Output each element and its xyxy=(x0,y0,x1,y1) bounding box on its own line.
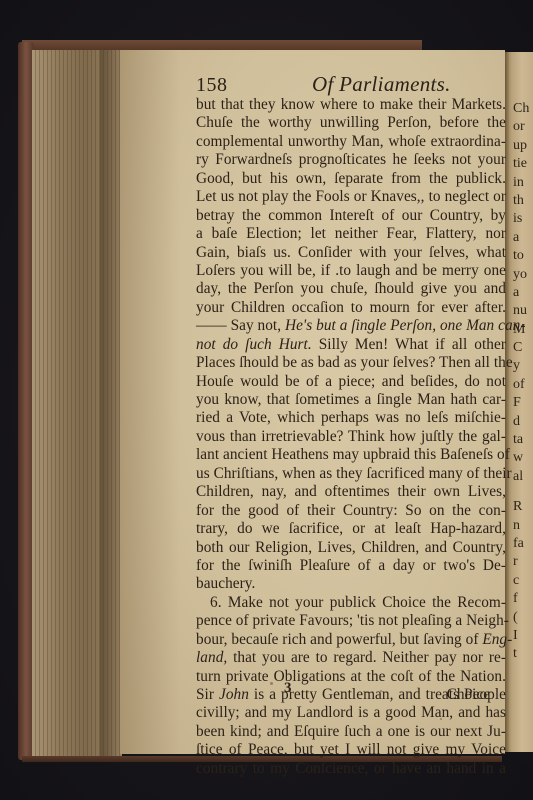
text-line: Houſe would be of a piece; and beſides, … xyxy=(196,373,506,391)
text-line: complemental unworthy Man, whoſe extraor… xyxy=(196,133,506,151)
line-text: complemental unworthy Man, whoſe extraor… xyxy=(196,133,506,150)
line-text: contrary to my Conſcience, or have an ha… xyxy=(196,760,506,777)
adjacent-fragment: d xyxy=(513,413,529,431)
adjacent-fragment: yo xyxy=(513,266,529,284)
catchword: Choice xyxy=(196,686,490,704)
line-text: Gain, biaſs us. Conſider with your ſelve… xyxy=(196,244,506,261)
line-text: both our Religion, Lives, Children, and … xyxy=(196,539,506,556)
text-line: pence of private Favours; 'tis not pleaſ… xyxy=(196,612,506,630)
text-line: civilly; and my Landlord is a good Man, … xyxy=(196,704,506,722)
text-line: but that they know where to make their M… xyxy=(196,96,506,114)
line-text: Houſe would be of a piece; and beſides, … xyxy=(196,373,506,390)
line-text: Loſers you will be, if .to laugh and be … xyxy=(196,262,506,279)
italic-text: land, xyxy=(196,649,227,666)
line-text: ry Forwardneſs prognoſticates he ſeeks n… xyxy=(196,151,506,168)
line-text: 6. Make not your publick Choice the Reco… xyxy=(210,594,506,611)
text-line: bauchery. xyxy=(196,575,506,593)
line-text: Places ſhould be as bad as your ſelves? … xyxy=(196,354,513,371)
line-text: trary, do we ſacrifice, or at leaſt Hap-… xyxy=(196,520,506,537)
running-head: 158 Of Parliaments. xyxy=(196,66,506,96)
line-text: civilly; and my Landlord is a good Man, … xyxy=(196,704,506,721)
adjacent-fragment: c xyxy=(513,572,529,590)
text-line: us Chriſtians, when as they ſacrificed m… xyxy=(196,465,506,483)
text-line: Gain, biaſs us. Conſider with your ſelve… xyxy=(196,244,506,262)
adjacent-fragment: or xyxy=(513,118,529,136)
adjacent-fragment: ( xyxy=(513,609,529,627)
line-text: for the ſwiniſh Pleaſure of a day or two… xyxy=(196,557,506,574)
adjacent-fragment: w xyxy=(513,449,529,467)
text-line: turn private Obligations at the coſt of … xyxy=(196,668,506,686)
adjacent-fragment: r xyxy=(513,553,529,571)
text-line: not do ſuch Hurt. Silly Men! What if all… xyxy=(196,336,506,354)
line-text: bauchery. xyxy=(196,575,255,592)
line-text: been kind; and Eſquire ſuch a one is our… xyxy=(196,723,506,740)
line-text: bour, becauſe rich and powerful, but ſav… xyxy=(196,631,482,648)
line-text: Good, but his own, ſeparate from the pub… xyxy=(196,170,506,187)
line-text: a baſe Election; let neither Fear, Flatt… xyxy=(196,225,506,242)
text-line: you know, that ſometimes a ſingle Man ha… xyxy=(196,391,506,409)
adjacent-page-text: ChoruptieinthisatoyoanuMCyofFdtawalRnfar… xyxy=(513,100,529,664)
adjacent-fragment xyxy=(513,486,529,498)
gutter-shadow xyxy=(120,50,180,754)
body-text: but that they know where to make their M… xyxy=(196,96,506,778)
text-line: contrary to my Conſcience, or have an ha… xyxy=(196,760,506,778)
adjacent-fragment: a xyxy=(513,229,529,247)
text-line: 6. Make not your publick Choice the Reco… xyxy=(196,594,506,612)
adjacent-fragment: t xyxy=(513,645,529,663)
line-text: you know, that ſometimes a ſingle Man ha… xyxy=(196,391,506,408)
adjacent-fragment: I xyxy=(513,627,529,645)
line-text: betray the common Intereſt of our Countr… xyxy=(196,207,506,224)
text-line: lant ancient Heathens may upbraid this B… xyxy=(196,446,506,464)
text-line: Let us not play the Fools or Knaves,, to… xyxy=(196,188,506,206)
text-line: ried a Vote, which perhaps was no leſs m… xyxy=(196,409,506,427)
text-line: trary, do we ſacrifice, or at leaſt Hap-… xyxy=(196,520,506,538)
page-number: 158 xyxy=(196,74,228,97)
line-text: Silly Men! What if all other xyxy=(312,336,506,353)
text-line: Loſers you will be, if .to laugh and be … xyxy=(196,262,506,280)
line-text: pence of private Favours; 'tis not pleaſ… xyxy=(196,612,509,629)
adjacent-fragment: y xyxy=(513,357,529,375)
adjacent-fragment: F xyxy=(513,394,529,412)
adjacent-fragment: in xyxy=(513,174,529,192)
adjacent-fragment: tie xyxy=(513,155,529,173)
text-line: Children, nay, and oftentimes their own … xyxy=(196,483,506,501)
line-text: lant ancient Heathens may upbraid this B… xyxy=(196,446,510,463)
binding-top-edge xyxy=(22,40,422,50)
text-line: your Children occaſion to mourn for ever… xyxy=(196,299,506,317)
text-line: for the ſwiniſh Pleaſure of a day or two… xyxy=(196,557,506,575)
line-text: that you are to regard. Neither pay nor … xyxy=(227,649,506,666)
text-line: a baſe Election; let neither Fear, Flatt… xyxy=(196,225,506,243)
text-line: land, that you are to regard. Neither pa… xyxy=(196,649,506,667)
text-line: both our Religion, Lives, Children, and … xyxy=(196,539,506,557)
text-line: Good, but his own, ſeparate from the pub… xyxy=(196,170,506,188)
adjacent-fragment: fa xyxy=(513,535,529,553)
adjacent-fragment: th xyxy=(513,192,529,210)
adjacent-fragment: ta xyxy=(513,431,529,449)
page-text-block: 158 Of Parliaments. but that they know w… xyxy=(196,66,506,778)
line-text: for the good of their Country: So on the… xyxy=(196,502,506,519)
scanned-book-photo: ChoruptieinthisatoyoanuMCyofFdtawalRnfar… xyxy=(0,0,533,800)
line-text: —— Say not, xyxy=(196,317,285,334)
line-text: day, the Perſon you chuſe, ſhould give y… xyxy=(196,280,506,297)
adjacent-fragment: R xyxy=(513,498,529,516)
line-text: ried a Vote, which perhaps was no leſs m… xyxy=(196,409,506,426)
italic-text: He's but a ſingle Perſon, one Man can- xyxy=(285,317,526,334)
text-line: Chuſe the worthy unwilling Perſon, befor… xyxy=(196,114,506,132)
italic-text: Eng- xyxy=(482,631,512,648)
running-title: Of Parliaments. xyxy=(312,72,451,97)
text-line: ſtice of Peace, but yet I will not give … xyxy=(196,741,506,759)
line-text: but that they know where to make their M… xyxy=(196,96,506,113)
line-text: your Children occaſion to mourn for ever… xyxy=(196,299,506,316)
text-line: ry Forwardneſs prognoſticates he ſeeks n… xyxy=(196,151,506,169)
text-line: day, the Perſon you chuſe, ſhould give y… xyxy=(196,280,506,298)
adjacent-fragment: al xyxy=(513,468,529,486)
italic-text: not do ſuch Hurt. xyxy=(196,336,312,353)
text-line: bour, becauſe rich and powerful, but ſav… xyxy=(196,631,506,649)
text-line: Places ſhould be as bad as your ſelves? … xyxy=(196,354,506,372)
signature-mark: 3 xyxy=(284,680,292,697)
line-text: turn private Obligations at the coſt of … xyxy=(196,668,506,685)
text-line: for the good of their Country: So on the… xyxy=(196,502,506,520)
adjacent-fragment: Ch xyxy=(513,100,529,118)
text-line: been kind; and Eſquire ſuch a one is our… xyxy=(196,723,506,741)
text-line: —— Say not, He's but a ſingle Perſon, on… xyxy=(196,317,506,335)
line-text: ſtice of Peace, but yet I will not give … xyxy=(196,741,506,758)
line-text: vous than irretrievable? Think how juſtl… xyxy=(196,428,506,445)
adjacent-fragment: is xyxy=(513,210,529,228)
line-text: Children, nay, and oftentimes their own … xyxy=(196,483,506,500)
adjacent-fragment: f xyxy=(513,590,529,608)
adjacent-fragment: up xyxy=(513,137,529,155)
line-text: Chuſe the worthy unwilling Perſon, befor… xyxy=(196,114,506,131)
text-line: betray the common Intereſt of our Countr… xyxy=(196,207,506,225)
line-text: us Chriſtians, when as they ſacrificed m… xyxy=(196,465,512,482)
adjacent-fragment: a xyxy=(513,284,529,302)
line-text: Let us not play the Fools or Knaves,, to… xyxy=(196,188,506,205)
adjacent-fragment: n xyxy=(513,517,529,535)
text-line: vous than irretrievable? Think how juſtl… xyxy=(196,428,506,446)
adjacent-fragment: of xyxy=(513,376,529,394)
adjacent-fragment: to xyxy=(513,247,529,265)
adjacent-fragment: C xyxy=(513,339,529,357)
